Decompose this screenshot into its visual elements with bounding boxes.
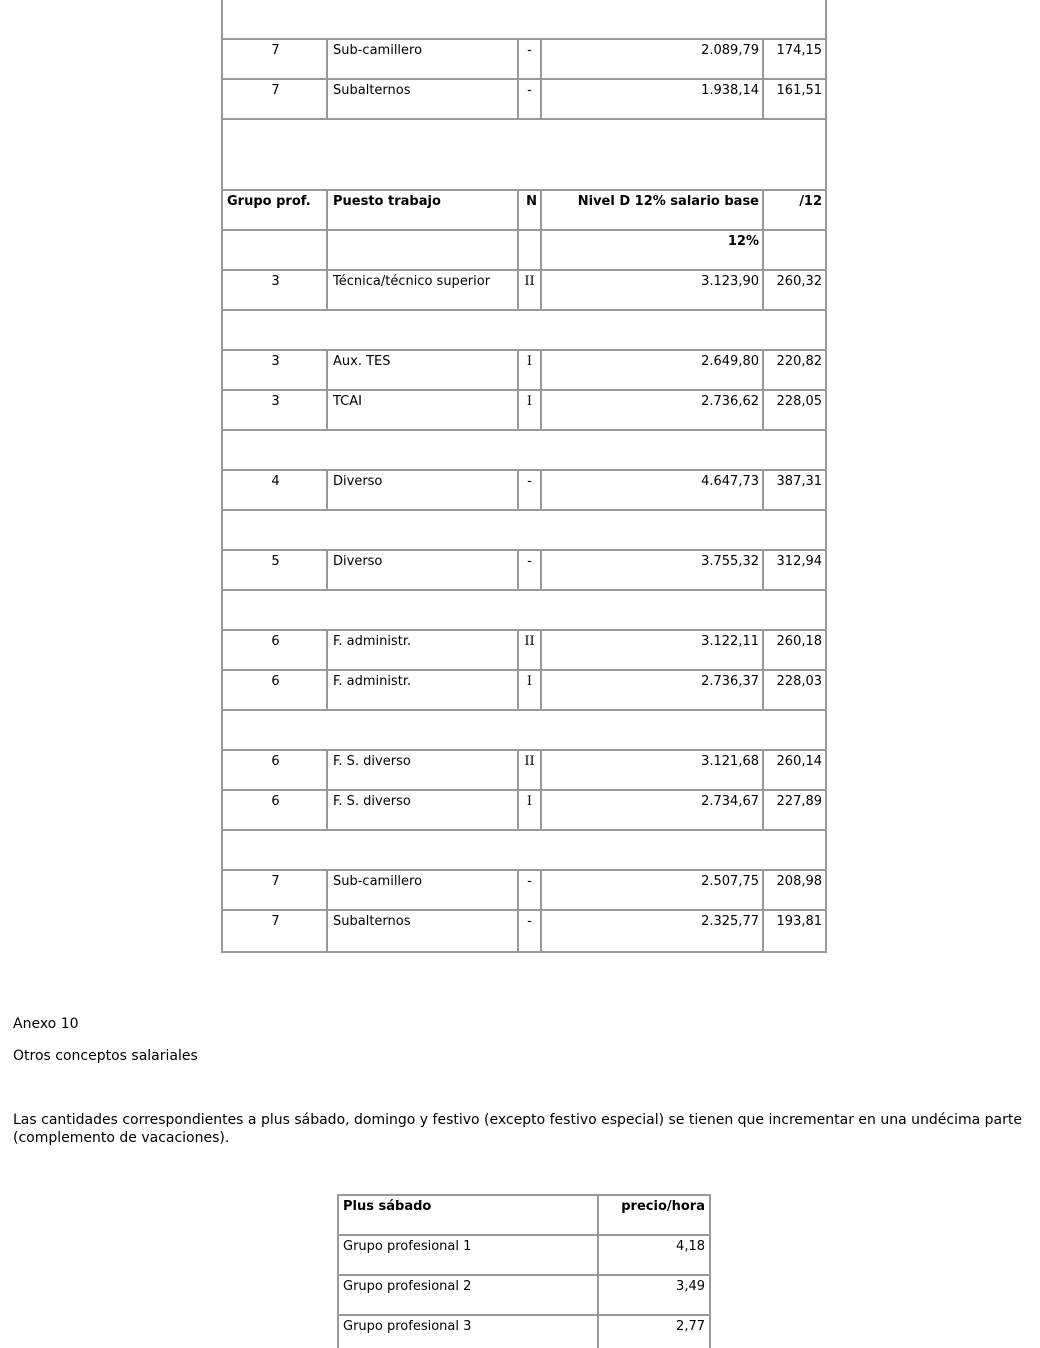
- table-row: 6F. administr.I2.736,37228,03: [223, 671, 825, 711]
- empty-cell: [519, 231, 542, 271]
- header-nivel: Nivel D 12% salario base: [542, 191, 764, 231]
- valor-cell: 2.325,77: [542, 911, 764, 951]
- header-row: Grupo prof.Puesto trabajoNNivel D 12% sa…: [223, 191, 825, 231]
- nivel-cell: II: [519, 631, 542, 671]
- precio-cell: 3,49: [599, 1276, 709, 1316]
- valor-cell: 2.734,67: [542, 791, 764, 831]
- precio-cell: 4,18: [599, 1236, 709, 1276]
- nivel-cell: -: [519, 80, 542, 120]
- table-row: 5Diverso-3.755,32312,94: [223, 551, 825, 591]
- puesto-cell: F. S. diverso: [328, 791, 519, 831]
- spacer-row: [223, 120, 825, 191]
- valor-cell: 1.938,14: [542, 80, 764, 120]
- valor-cell: 3.122,11: [542, 631, 764, 671]
- puesto-cell: Técnica/técnico superior: [328, 271, 519, 311]
- grupo-cell: 4: [223, 471, 328, 511]
- valor-cell: 2.649,80: [542, 351, 764, 391]
- mensual-cell: 312,94: [764, 551, 825, 591]
- spacer-row: [223, 711, 825, 751]
- spacer-cell: [223, 431, 825, 471]
- puesto-cell: Sub-camillero: [328, 40, 519, 80]
- table-row: 3Aux. TESI2.649,80220,82: [223, 351, 825, 391]
- spacer-cell: [223, 831, 825, 871]
- puesto-cell: Aux. TES: [328, 351, 519, 391]
- plus-sabado-table: Plus sábadoprecio/horaGrupo profesional …: [337, 1194, 711, 1348]
- subheader-percent: 12%: [542, 231, 764, 271]
- salary-table-body: 7Sub-camillero-2.089,79174,157Subalterno…: [223, 0, 825, 951]
- grupo-cell: 6: [223, 791, 328, 831]
- nivel-cell: II: [519, 271, 542, 311]
- spacer-cell: [223, 311, 825, 351]
- grupo-cell: 7: [223, 40, 328, 80]
- mensual-cell: 387,31: [764, 471, 825, 511]
- salary-table: 7Sub-camillero-2.089,79174,157Subalterno…: [221, 0, 827, 953]
- valor-cell: 3.755,32: [542, 551, 764, 591]
- plus-sabado-table-body: Plus sábadoprecio/horaGrupo profesional …: [339, 1196, 709, 1348]
- valor-cell: 4.647,73: [542, 471, 764, 511]
- header-div: /12: [764, 191, 825, 231]
- table-row: 6F. S. diversoI2.734,67227,89: [223, 791, 825, 831]
- subheader-row: 12%: [223, 231, 825, 271]
- mensual-cell: 161,51: [764, 80, 825, 120]
- header-concepto: Plus sábado: [339, 1196, 599, 1236]
- puesto-cell: F. S. diverso: [328, 751, 519, 791]
- empty-cell: [764, 231, 825, 271]
- concepto-cell: Grupo profesional 2: [339, 1276, 599, 1316]
- valor-cell: 3.121,68: [542, 751, 764, 791]
- puesto-cell: TCAI: [328, 391, 519, 431]
- puesto-cell: Sub-camillero: [328, 871, 519, 911]
- empty-cell: [328, 231, 519, 271]
- header-row: Plus sábadoprecio/hora: [339, 1196, 709, 1236]
- table-row: Grupo profesional 14,18: [339, 1236, 709, 1276]
- annex-title: Anexo 10: [13, 1015, 79, 1034]
- nivel-cell: -: [519, 40, 542, 80]
- puesto-cell: Subalternos: [328, 80, 519, 120]
- nivel-cell: I: [519, 351, 542, 391]
- table-row: 4Diverso-4.647,73387,31: [223, 471, 825, 511]
- spacer-cell: [223, 711, 825, 751]
- puesto-cell: Subalternos: [328, 911, 519, 951]
- nivel-cell: I: [519, 791, 542, 831]
- valor-cell: 2.736,37: [542, 671, 764, 711]
- concepto-cell: Grupo profesional 3: [339, 1316, 599, 1348]
- grupo-cell: 6: [223, 671, 328, 711]
- table-row: 7Subalternos-1.938,14161,51: [223, 80, 825, 120]
- nivel-cell: I: [519, 391, 542, 431]
- table-row: 7Sub-camillero-2.507,75208,98: [223, 871, 825, 911]
- header-n: N: [519, 191, 542, 231]
- table-row: 3TCAII2.736,62228,05: [223, 391, 825, 431]
- spacer-row: [223, 511, 825, 551]
- valor-cell: 2.507,75: [542, 871, 764, 911]
- grupo-cell: 7: [223, 871, 328, 911]
- mensual-cell: 260,14: [764, 751, 825, 791]
- grupo-cell: 6: [223, 751, 328, 791]
- spacer-cell: [223, 511, 825, 551]
- precio-cell: 2,77: [599, 1316, 709, 1348]
- mensual-cell: 208,98: [764, 871, 825, 911]
- spacer-row: [223, 831, 825, 871]
- spacer-row: [223, 0, 825, 40]
- concepto-cell: Grupo profesional 1: [339, 1236, 599, 1276]
- header-grupo: Grupo prof.: [223, 191, 328, 231]
- header-puesto: Puesto trabajo: [328, 191, 519, 231]
- grupo-cell: 5: [223, 551, 328, 591]
- table-row: 7Subalternos-2.325,77193,81: [223, 911, 825, 951]
- spacer-row: [223, 431, 825, 471]
- mensual-cell: 228,05: [764, 391, 825, 431]
- grupo-cell: 3: [223, 351, 328, 391]
- valor-cell: 3.123,90: [542, 271, 764, 311]
- nivel-cell: -: [519, 871, 542, 911]
- table-row: 6F. S. diversoII3.121,68260,14: [223, 751, 825, 791]
- grupo-cell: 7: [223, 80, 328, 120]
- table-row: Grupo profesional 32,77: [339, 1316, 709, 1348]
- empty-cell: [223, 231, 328, 271]
- puesto-cell: Diverso: [328, 551, 519, 591]
- annex-note: Las cantidades correspondientes a plus s…: [13, 1111, 1023, 1147]
- grupo-cell: 3: [223, 271, 328, 311]
- nivel-cell: -: [519, 551, 542, 591]
- puesto-cell: Diverso: [328, 471, 519, 511]
- spacer-cell: [223, 0, 825, 40]
- valor-cell: 2.736,62: [542, 391, 764, 431]
- spacer-cell: [223, 120, 825, 191]
- valor-cell: 2.089,79: [542, 40, 764, 80]
- header-precio: precio/hora: [599, 1196, 709, 1236]
- mensual-cell: 260,32: [764, 271, 825, 311]
- table-row: 6F. administr.II3.122,11260,18: [223, 631, 825, 671]
- nivel-cell: -: [519, 471, 542, 511]
- nivel-cell: -: [519, 911, 542, 951]
- spacer-row: [223, 591, 825, 631]
- table-row: Grupo profesional 23,49: [339, 1276, 709, 1316]
- puesto-cell: F. administr.: [328, 671, 519, 711]
- grupo-cell: 6: [223, 631, 328, 671]
- annex-subtitle: Otros conceptos salariales: [13, 1047, 198, 1066]
- mensual-cell: 174,15: [764, 40, 825, 80]
- mensual-cell: 193,81: [764, 911, 825, 951]
- mensual-cell: 220,82: [764, 351, 825, 391]
- nivel-cell: I: [519, 671, 542, 711]
- mensual-cell: 260,18: [764, 631, 825, 671]
- mensual-cell: 227,89: [764, 791, 825, 831]
- grupo-cell: 7: [223, 911, 328, 951]
- spacer-row: [223, 311, 825, 351]
- table-row: 3Técnica/técnico superiorII3.123,90260,3…: [223, 271, 825, 311]
- nivel-cell: II: [519, 751, 542, 791]
- puesto-cell: F. administr.: [328, 631, 519, 671]
- table-row: 7Sub-camillero-2.089,79174,15: [223, 40, 825, 80]
- grupo-cell: 3: [223, 391, 328, 431]
- spacer-cell: [223, 591, 825, 631]
- mensual-cell: 228,03: [764, 671, 825, 711]
